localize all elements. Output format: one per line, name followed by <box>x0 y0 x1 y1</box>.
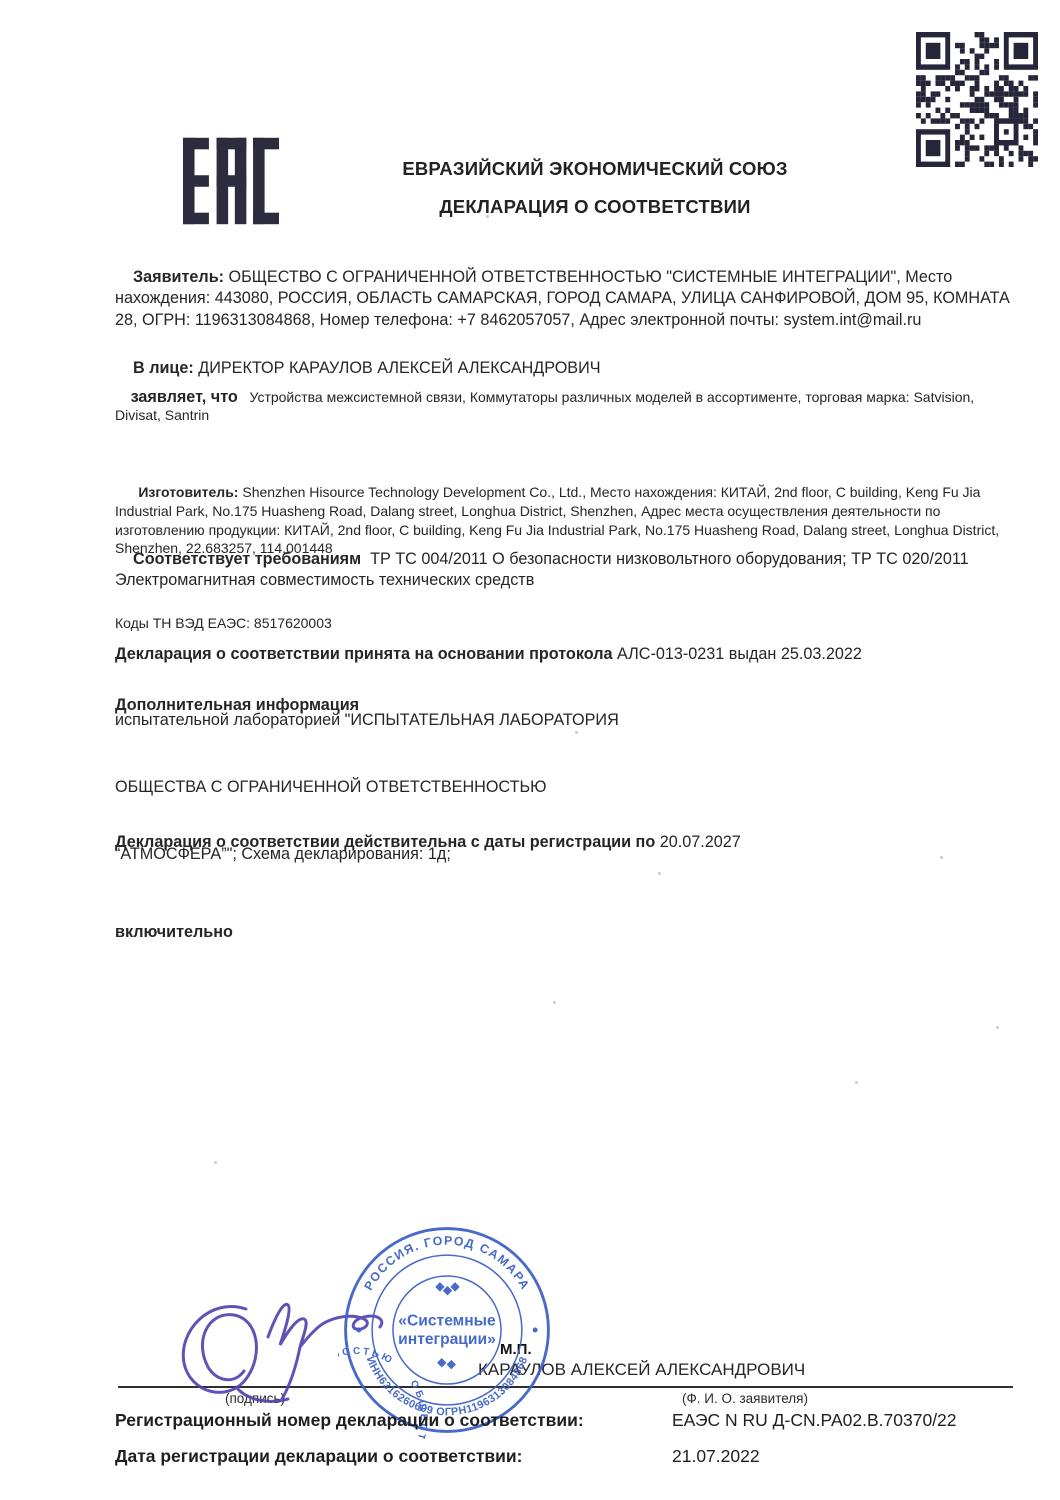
validity-label: Декларация о соответствии действительна … <box>115 833 655 851</box>
validity-date: 20.07.2027 <box>655 833 741 851</box>
scan-speck <box>486 215 489 218</box>
declaration-document-page: ЕВРАЗИЙСКИЙ ЭКОНОМИЧЕСКИЙ СОЮЗ ДЕКЛАРАЦИ… <box>0 0 1060 1500</box>
scan-speck <box>553 1001 556 1004</box>
registration-number-label: Регистрационный номер декларации о соотв… <box>115 1410 584 1431</box>
registration-number-value: ЕАЭС N RU Д-CN.РА02.В.70370/22 <box>672 1410 957 1431</box>
applicant-label: Заявитель: <box>133 268 224 286</box>
validity-suffix: включительно <box>115 917 1015 947</box>
applicant-text: ОБЩЕСТВО С ОГРАНИЧЕННОЙ ОТВЕТСТВЕННОСТЬЮ… <box>115 268 1019 329</box>
basis-label: Декларация о соответствии принята на осн… <box>115 645 612 663</box>
manufacturer-label: Изготовитель: <box>138 484 238 500</box>
stamp-separator-dot <box>533 1328 538 1333</box>
registration-date-value: 21.07.2022 <box>672 1446 760 1467</box>
stamp-center-line2: интеграции» <box>398 1331 496 1348</box>
eac-mark-icon <box>183 136 279 226</box>
stamp-separator-dot <box>356 1328 361 1333</box>
stamp-diamond-icon <box>435 1282 460 1295</box>
declares-text: Устройства межсистемной связи, Коммутато… <box>115 389 978 424</box>
qr-code <box>916 32 1038 167</box>
scan-speck <box>214 1161 217 1164</box>
basis-protocol: АЛС-013-0231 выдан 25.03.2022 <box>612 645 861 663</box>
registration-date-label: Дата регистрации декларации о соответств… <box>115 1446 523 1467</box>
scan-speck <box>940 856 943 859</box>
scan-speck <box>658 872 661 875</box>
requirements-label: Соответствует требованиям <box>133 550 361 568</box>
section-validity: Декларация о соответствии действительна … <box>115 767 1015 1007</box>
company-stamp: РОССИЯ. ГОРОД САМАРА ИНН6316260609 ОГРН1… <box>338 1221 556 1439</box>
stamp-diamond-icon <box>437 1358 456 1369</box>
svg-text:РОССИЯ. ГОРОД САМАРА: РОССИЯ. ГОРОД САМАРА <box>361 1234 532 1293</box>
stamp-outer-top-text: РОССИЯ. ГОРОД САМАРА <box>361 1234 532 1293</box>
scan-speck <box>855 1081 858 1084</box>
scan-speck <box>575 731 578 734</box>
name-caption: (Ф. И. О. заявителя) <box>645 1391 845 1406</box>
additional-info-label: Дополнительная информация <box>115 695 359 717</box>
union-title: ЕВРАЗИЙСКИЙ ЭКОНОМИЧЕСКИЙ СОЮЗ <box>402 158 787 180</box>
scan-speck <box>996 1026 999 1029</box>
stamp-center-line1: «Системные <box>398 1312 496 1329</box>
declares-label: заявляет, что <box>131 388 238 406</box>
